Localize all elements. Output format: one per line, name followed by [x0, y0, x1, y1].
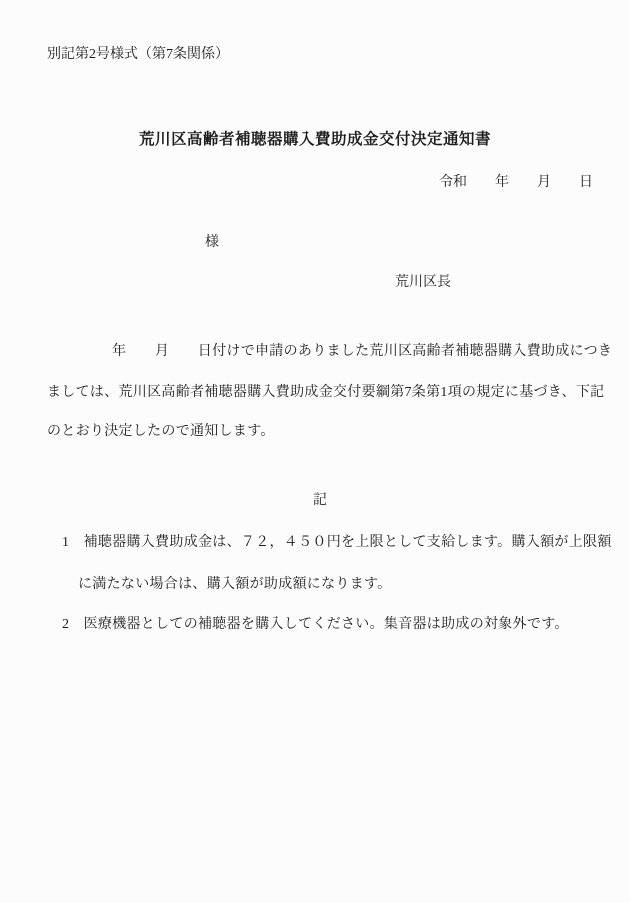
body-paragraph-line-1: 年 月 日付けで申請のありました荒川区高齢者補聴器購入費助成につき: [112, 345, 612, 359]
body-paragraph-line-3: のとおり決定したので通知します。: [47, 425, 275, 439]
section-marker-ki: 記: [47, 494, 593, 508]
document-page: 別記第2号様式（第7条関係） 荒川区高齢者補聴器購入費助成金交付決定通知書 令和…: [0, 0, 630, 903]
numbered-item-2-line-1: 2 医療機器としての補聴器を購入してください。集音器は助成の対象外です。: [62, 618, 569, 632]
issue-date-line: 令和 年 月 日: [439, 176, 593, 190]
addressee-honorific: 様: [205, 236, 219, 250]
form-designation-label: 別記第2号様式（第7条関係）: [47, 48, 229, 62]
sender-name: 荒川区長: [395, 276, 451, 290]
numbered-item-1-line-1: 1 補聴器購入費助成金は、７２，４５０円を上限として支給します。購入額が上限額: [62, 536, 612, 550]
numbered-item-1-line-2: に満たない場合は、購入額が助成額になります。: [78, 578, 391, 592]
body-paragraph-line-2: ましては、荒川区高齢者補聴器購入費助成金交付要綱第7条第1項の規定に基づき、下記: [47, 386, 604, 400]
document-title: 荒川区高齢者補聴器購入費助成金交付決定通知書: [0, 132, 630, 148]
